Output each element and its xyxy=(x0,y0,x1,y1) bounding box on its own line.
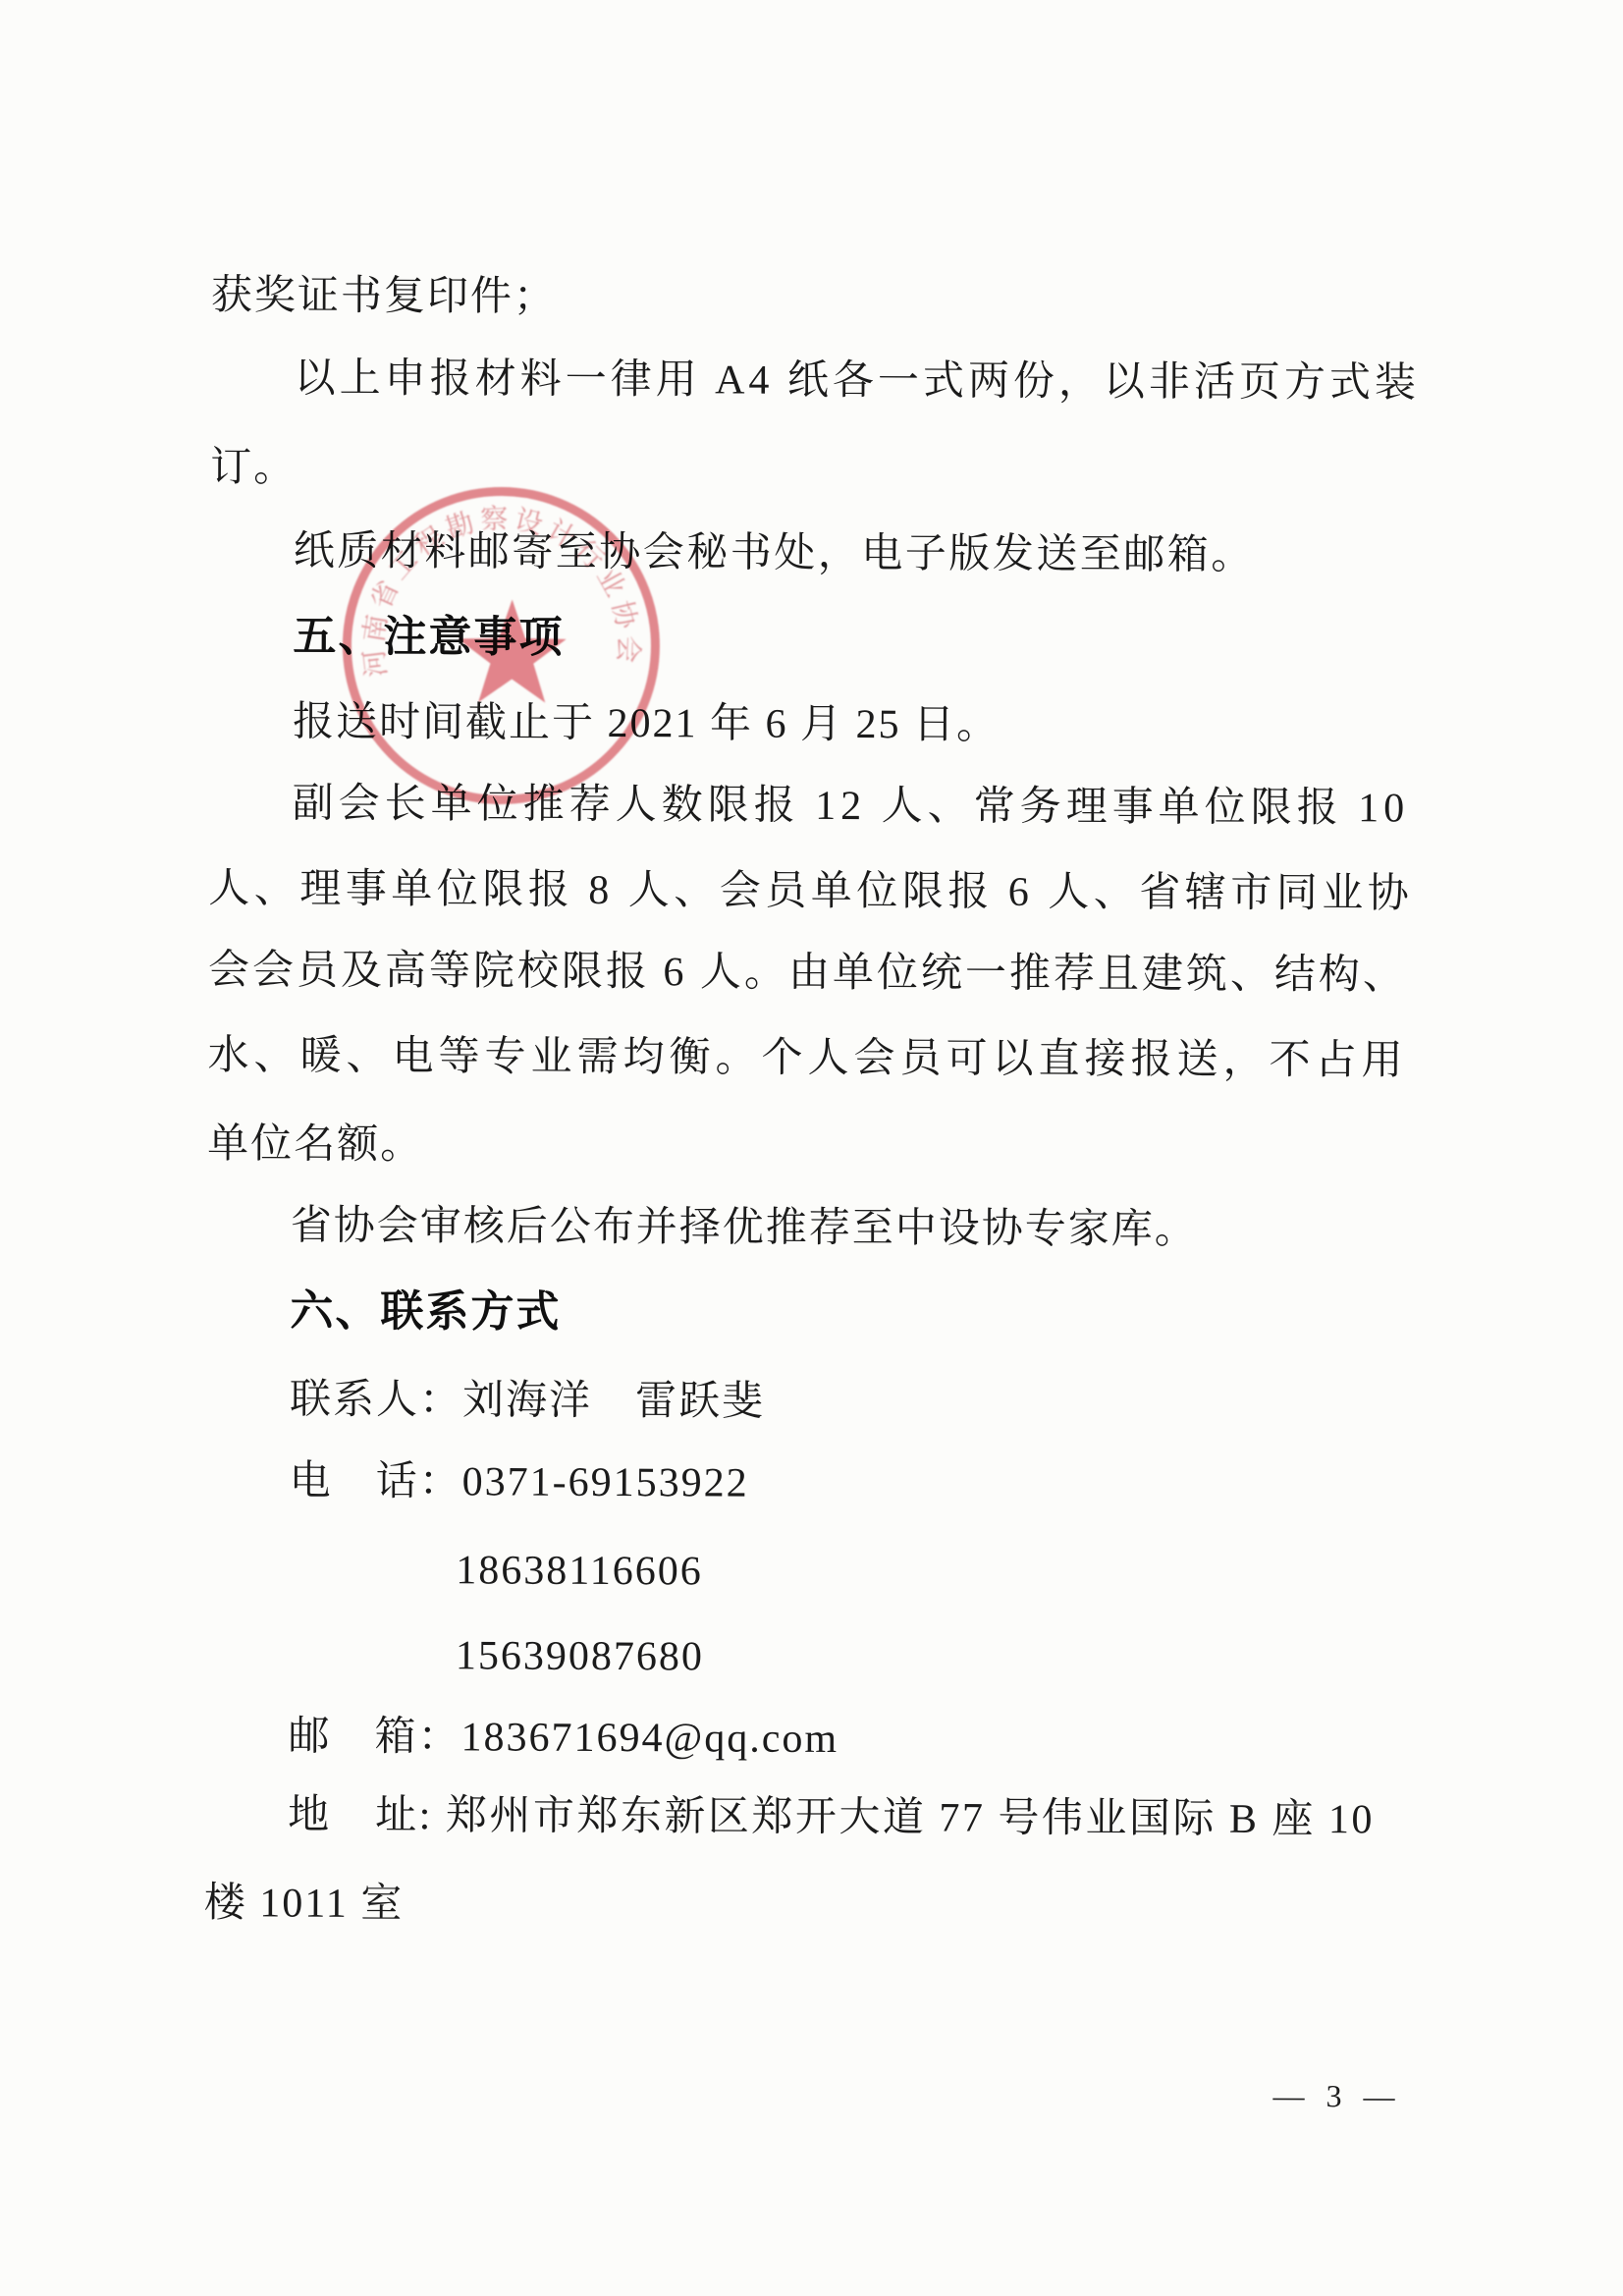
phone-line: 15639087680 xyxy=(456,1631,704,1681)
address-line: 楼 1011 室 xyxy=(204,1879,405,1929)
contact-person-line: 联系人：刘海洋 雷跃斐 xyxy=(290,1376,765,1427)
document-page: 获奖证书复印件； 以上申报材料一律用 A4 纸各一式两份，以非活页方式装 订。 … xyxy=(0,0,1623,2296)
text-line: 省协会审核后公布并择优推荐至中设协专家库。 xyxy=(291,1202,1198,1255)
text-line: 获奖证书复印件； xyxy=(211,271,557,322)
text-line: 单位名额。 xyxy=(207,1120,423,1170)
text-line: 水、暖、电等专业需均衡。个人会员可以直接报送，不占用 xyxy=(208,1031,1408,1085)
section-heading-contact: 六、联系方式 xyxy=(290,1287,561,1338)
star-icon xyxy=(458,599,567,702)
email-line: 邮 箱：183671694@qq.com xyxy=(288,1713,839,1764)
phone-line: 电 话：0371-69153922 xyxy=(290,1457,749,1508)
scanned-sheet: 获奖证书复印件； 以上申报材料一律用 A4 纸各一式两份，以非活页方式装 订。 … xyxy=(0,0,1623,2296)
address-line: 地 址: 郑州市郑东新区郑开大道 77 号伟业国际 B 座 10 xyxy=(288,1791,1375,1845)
text-line: 订。 xyxy=(210,443,297,492)
phone-line: 18638116606 xyxy=(456,1546,703,1596)
official-seal-stamp: 河南省工程勘察设计行业协会 xyxy=(337,481,667,811)
page-number: — 3 — xyxy=(1254,2078,1421,2115)
text-line: 人、理事单位限报 8 人、会员单位限报 6 人、省辖市同业协 xyxy=(208,864,1413,918)
text-line: 以上申报材料一律用 A4 纸各一式两份，以非活页方式装 xyxy=(295,355,1421,409)
text-line: 会会员及高等院校限报 6 人。由单位统一推荐且建筑、结构、 xyxy=(208,946,1407,1000)
